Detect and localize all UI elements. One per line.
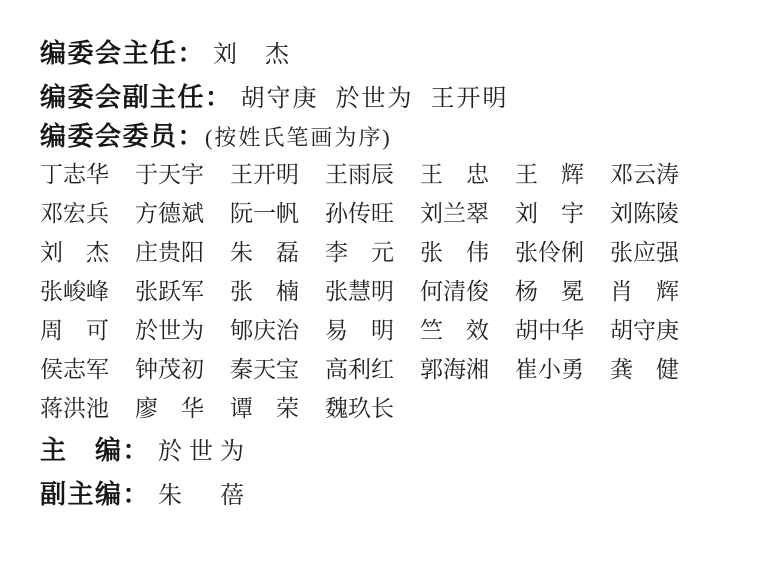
deputy-directors-names: 胡守庚 於世为 王开明 xyxy=(233,78,509,113)
member-name: 张伶俐 xyxy=(515,240,587,265)
chief-editor-label: 主 编： xyxy=(40,430,150,467)
deputy-director-name: 於世为 xyxy=(336,78,414,113)
member-name: 刘 杰 xyxy=(40,240,112,265)
member-name: 高利红 xyxy=(325,357,397,382)
member-name: 肖 辉 xyxy=(610,279,682,304)
member-name: 魏玖长 xyxy=(325,396,397,421)
chief-editor-line: 主 编： 於世为 xyxy=(40,430,251,467)
member-name: 李 元 xyxy=(325,240,397,265)
member-name: 刘陈陵 xyxy=(610,201,682,226)
member-name: 张 楠 xyxy=(230,279,302,304)
members-heading-line: 编委会委员： (按姓氏笔画为序) xyxy=(40,116,392,153)
member-name: 王 忠 xyxy=(420,162,492,187)
deputy-chief-editor-label: 副主编： xyxy=(40,474,150,511)
members-heading-note: (按姓氏笔画为序) xyxy=(205,121,392,152)
members-row: 蒋洪池 廖 华 谭 荣 魏玖长 xyxy=(40,396,682,421)
members-row: 刘 杰 庄贵阳 朱 磊 李 元 张 伟 张伶俐 张应强 xyxy=(40,240,682,265)
director-name: 刘 杰 xyxy=(213,34,291,69)
member-name: 竺 效 xyxy=(420,318,492,343)
member-name: 孙传旺 xyxy=(325,201,397,226)
member-name: 龚 健 xyxy=(610,357,682,382)
member-name: 刘 宇 xyxy=(515,201,587,226)
member-name: 于天宇 xyxy=(135,162,207,187)
members-row: 邓宏兵 方德斌 阮一帆 孙传旺 刘兰翠 刘 宇 刘陈陵 xyxy=(40,201,682,226)
member-name: 刘兰翠 xyxy=(420,201,492,226)
members-heading-label: 编委会委员： xyxy=(40,116,205,153)
member-name: 朱 磊 xyxy=(230,240,302,265)
member-name: 胡中华 xyxy=(515,318,587,343)
chief-editor-name: 於世为 xyxy=(158,431,251,466)
deputy-director-name: 王开明 xyxy=(431,78,509,113)
member-name: 邓宏兵 xyxy=(40,201,112,226)
members-row: 侯志军 钟茂初 秦天宝 高利红 郭海湘 崔小勇 龚 健 xyxy=(40,357,682,382)
director-line: 编委会主任： 刘 杰 xyxy=(40,33,291,70)
member-name: 秦天宝 xyxy=(230,357,302,382)
member-name: 阮一帆 xyxy=(230,201,302,226)
deputy-directors-line: 编委会副主任： 胡守庚 於世为 王开明 xyxy=(40,77,509,114)
member-name: 张慧明 xyxy=(325,279,397,304)
members-grid: 丁志华 于天宇 王开明 王雨辰 王 忠 王 辉 邓云涛 邓宏兵 方德斌 阮一帆 … xyxy=(40,162,682,421)
members-row: 周 可 於世为 郇庆治 易 明 竺 效 胡中华 胡守庚 xyxy=(40,318,682,343)
member-name: 郇庆治 xyxy=(230,318,302,343)
member-name: 杨 冕 xyxy=(515,279,587,304)
member-name: 郭海湘 xyxy=(420,357,492,382)
deputy-director-name: 胡守庚 xyxy=(241,78,319,113)
member-name: 何清俊 xyxy=(420,279,492,304)
member-name: 张应强 xyxy=(610,240,682,265)
member-name: 於世为 xyxy=(135,318,207,343)
book-page: 编委会主任： 刘 杰 编委会副主任： 胡守庚 於世为 王开明 编委会委员： (按… xyxy=(0,0,780,584)
member-name: 侯志军 xyxy=(40,357,112,382)
member-name: 王开明 xyxy=(230,162,302,187)
deputy-directors-label: 编委会副主任： xyxy=(40,77,233,114)
member-name: 王雨辰 xyxy=(325,162,397,187)
member-name: 张 伟 xyxy=(420,240,492,265)
member-name: 周 可 xyxy=(40,318,112,343)
member-name: 张峻峰 xyxy=(40,279,112,304)
member-name: 方德斌 xyxy=(135,201,207,226)
member-name: 胡守庚 xyxy=(610,318,682,343)
member-name: 庄贵阳 xyxy=(135,240,207,265)
member-name: 邓云涛 xyxy=(610,162,682,187)
members-row: 张峻峰 张跃军 张 楠 张慧明 何清俊 杨 冕 肖 辉 xyxy=(40,279,682,304)
member-name: 崔小勇 xyxy=(515,357,587,382)
deputy-chief-editor-line: 副主编： 朱 蓓 xyxy=(40,474,251,511)
member-name: 易 明 xyxy=(325,318,397,343)
director-label: 编委会主任： xyxy=(40,33,205,70)
deputy-chief-editor-name: 朱 蓓 xyxy=(158,475,251,510)
member-name: 张跃军 xyxy=(135,279,207,304)
member-name: 廖 华 xyxy=(135,396,207,421)
members-row: 丁志华 于天宇 王开明 王雨辰 王 忠 王 辉 邓云涛 xyxy=(40,162,682,187)
member-name: 王 辉 xyxy=(515,162,587,187)
member-name: 蒋洪池 xyxy=(40,396,112,421)
member-name: 丁志华 xyxy=(40,162,112,187)
member-name: 谭 荣 xyxy=(230,396,302,421)
member-name: 钟茂初 xyxy=(135,357,207,382)
